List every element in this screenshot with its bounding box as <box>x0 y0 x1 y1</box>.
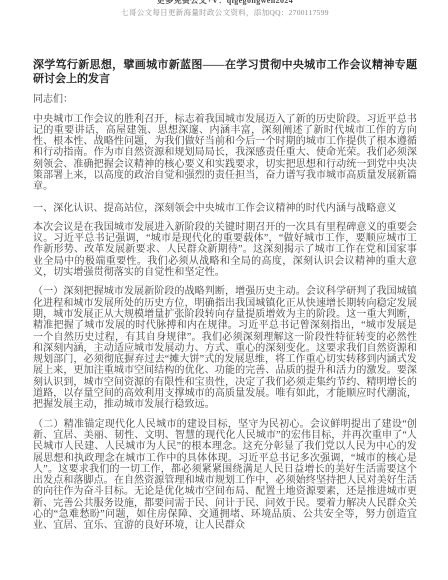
salutation: 同志们： <box>33 94 417 106</box>
paragraph-point-1: （一）深刻把握城市发展新阶段的战略判断，增强历史主动。会议科学研判了我国城镇化进… <box>33 286 417 410</box>
paragraph-section-overview: 本次会议是在我国城市发展进入新阶段的关键时期召开的一次具有里程碑意义的重要会议。… <box>33 222 417 278</box>
promo-line-contact: 七哥公文每日更新海量时政公文资料，添加QQ：2700117599 <box>33 8 417 17</box>
paragraph-intro: 中央城市工作会议的胜利召开，标志着我国城市发展迈入了新的历史阶段。习近平总书记的… <box>33 114 417 193</box>
paragraph-point-2: （二）精准锚定现代化人民城市的建设目标，坚守为民初心。会议鲜明提出了建设“创新、… <box>33 419 417 532</box>
section-heading-1: 一、深化认识、提高站位，深刻领会中央城市工作会议精神的时代内涵与战略意义 <box>33 203 417 214</box>
promo-header: 更多免费公文+V：qigegongwen2024 七哥公文每日更新海量时政公文资… <box>33 0 417 17</box>
promo-line-top: 更多免费公文+V：qigegongwen2024 <box>33 0 417 5</box>
document-page: 更多免费公文+V：qigegongwen2024 七哥公文每日更新海量时政公文资… <box>0 0 448 576</box>
document-title: 深学笃行新思想，擘画城市新蓝图——在学习贯彻中央城市工作会议精神专题研讨会上的发… <box>33 59 417 86</box>
